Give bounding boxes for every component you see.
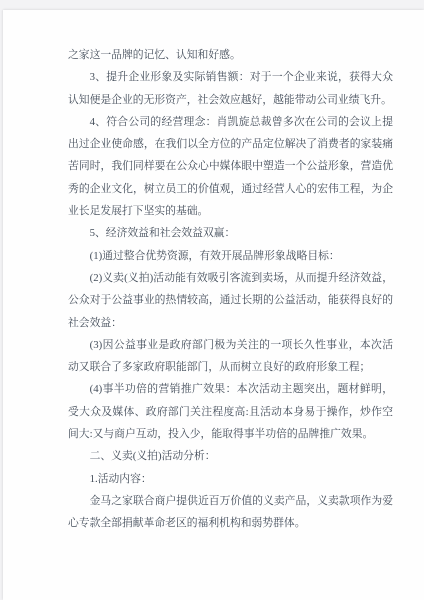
paragraph-7: (3)因公益事业是政府部门极为关注的一项长久性事业，本次活动又联合了多家政府职能…: [68, 334, 393, 379]
paragraph-1: 之家这一品牌的记忆、认知和好感。: [68, 44, 393, 66]
paragraph-11: 金马之家联合商户提供近百万价值的义卖产品，义卖款项作为爱心专款全部捐献革命老区的…: [68, 490, 393, 535]
paragraph-4: 5、经济效益和社会效益双赢：: [68, 222, 393, 244]
paragraph-9: 二、义卖(义拍)活动分析：: [68, 445, 393, 467]
document-content: 之家这一品牌的记忆、认知和好感。3、提升企业形象及实际销售额：对于一个企业来说，…: [68, 44, 393, 535]
paragraph-6: (2)义卖(义拍)活动能有效吸引客流到卖场，从而提升经济效益，公众对于公益事业的…: [68, 267, 393, 334]
paragraph-3: 4、符合公司的经营理念：肖凯旋总裁曾多次在公司的会议上提出过企业使命感，在我们以…: [68, 111, 393, 222]
paragraph-5: (1)通过整合优势资源，有效开展品牌形象战略目标：: [68, 245, 393, 267]
paragraph-8: (4)事半功倍的营销推广效果：本次活动主题突出，题材鲜明，受大众及媒体、政府部门…: [68, 378, 393, 445]
paragraph-10: 1.活动内容：: [68, 468, 393, 490]
document-page: 之家这一品牌的记忆、认知和好感。3、提升企业形象及实际销售额：对于一个企业来说，…: [3, 10, 424, 600]
paragraph-2: 3、提升企业形象及实际销售额：对于一个企业来说，获得大众认知便是企业的无形资产，…: [68, 66, 393, 111]
